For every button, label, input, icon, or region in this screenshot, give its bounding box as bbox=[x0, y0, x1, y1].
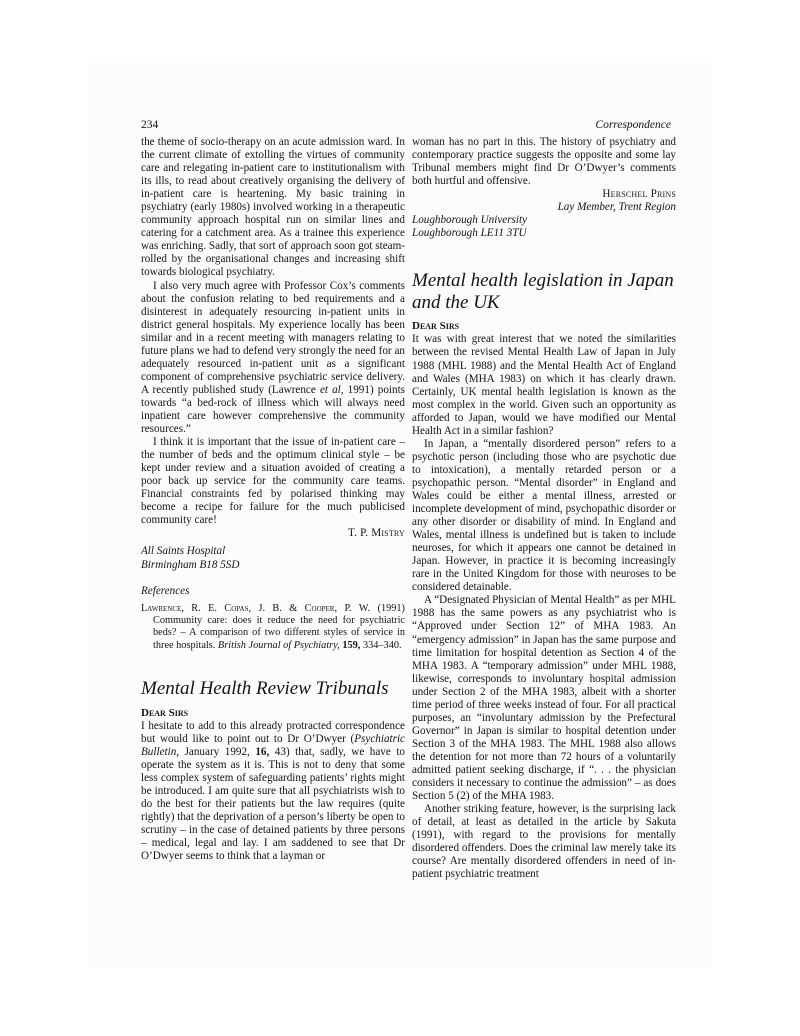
reference-item: Lawrence, R. E. Copas, J. B. & Cooper, P… bbox=[141, 603, 405, 653]
body-paragraph: woman has no part in this. The history o… bbox=[412, 136, 676, 188]
text-run: 43) that, sadly, we have to operate the … bbox=[141, 746, 405, 862]
body-paragraph: Another striking feature, however, is th… bbox=[412, 803, 676, 881]
reference-journal: British Journal of Psychiatry, bbox=[218, 640, 340, 651]
author-role: Lay Member, Trent Region bbox=[412, 201, 676, 214]
reference-pages: 334–340. bbox=[363, 640, 402, 651]
left-column: the theme of socio-therapy on an acute a… bbox=[141, 136, 405, 863]
right-column: woman has no part in this. The history o… bbox=[412, 136, 676, 881]
salutation: Dear Sirs bbox=[141, 707, 405, 720]
body-paragraph: In Japan, a “mentally disordered person”… bbox=[412, 438, 676, 595]
reference-authors: Lawrence, R. E. Copas, J. B. & Cooper, P… bbox=[141, 603, 405, 614]
author-address-line: All Saints Hospital bbox=[141, 545, 405, 558]
body-paragraph: I also very much agree with Professor Co… bbox=[141, 280, 405, 437]
body-paragraph: It was with great interest that we noted… bbox=[412, 333, 676, 437]
author-address-line: Birmingham B18 5SD bbox=[141, 559, 405, 572]
body-paragraph: the theme of socio-therapy on an acute a… bbox=[141, 136, 405, 280]
author-address-line: Loughborough LE11 3TU bbox=[412, 227, 676, 240]
running-head: Correspondence bbox=[540, 118, 671, 132]
author-signature: T. P. Mistry bbox=[141, 527, 405, 540]
reference-volume: 159, bbox=[342, 640, 360, 651]
body-paragraph: I think it is important that the issue o… bbox=[141, 436, 405, 527]
text-run: , January 1992, bbox=[176, 746, 255, 758]
article-title: Mental health legislation in Japan and t… bbox=[412, 270, 676, 313]
article-title: Mental Health Review Tribunals bbox=[141, 678, 405, 700]
page-number: 234 bbox=[141, 118, 158, 132]
salutation: Dear Sirs bbox=[412, 320, 676, 333]
body-paragraph: I hesitate to add to this already protra… bbox=[141, 720, 405, 864]
citation-volume: 16, bbox=[255, 746, 269, 758]
body-paragraph: A “Designated Physician of Mental Health… bbox=[412, 594, 676, 803]
author-address-line: Loughborough University bbox=[412, 214, 676, 227]
references-heading: References bbox=[141, 585, 405, 598]
author-signature: Herschel Prins bbox=[412, 188, 676, 201]
